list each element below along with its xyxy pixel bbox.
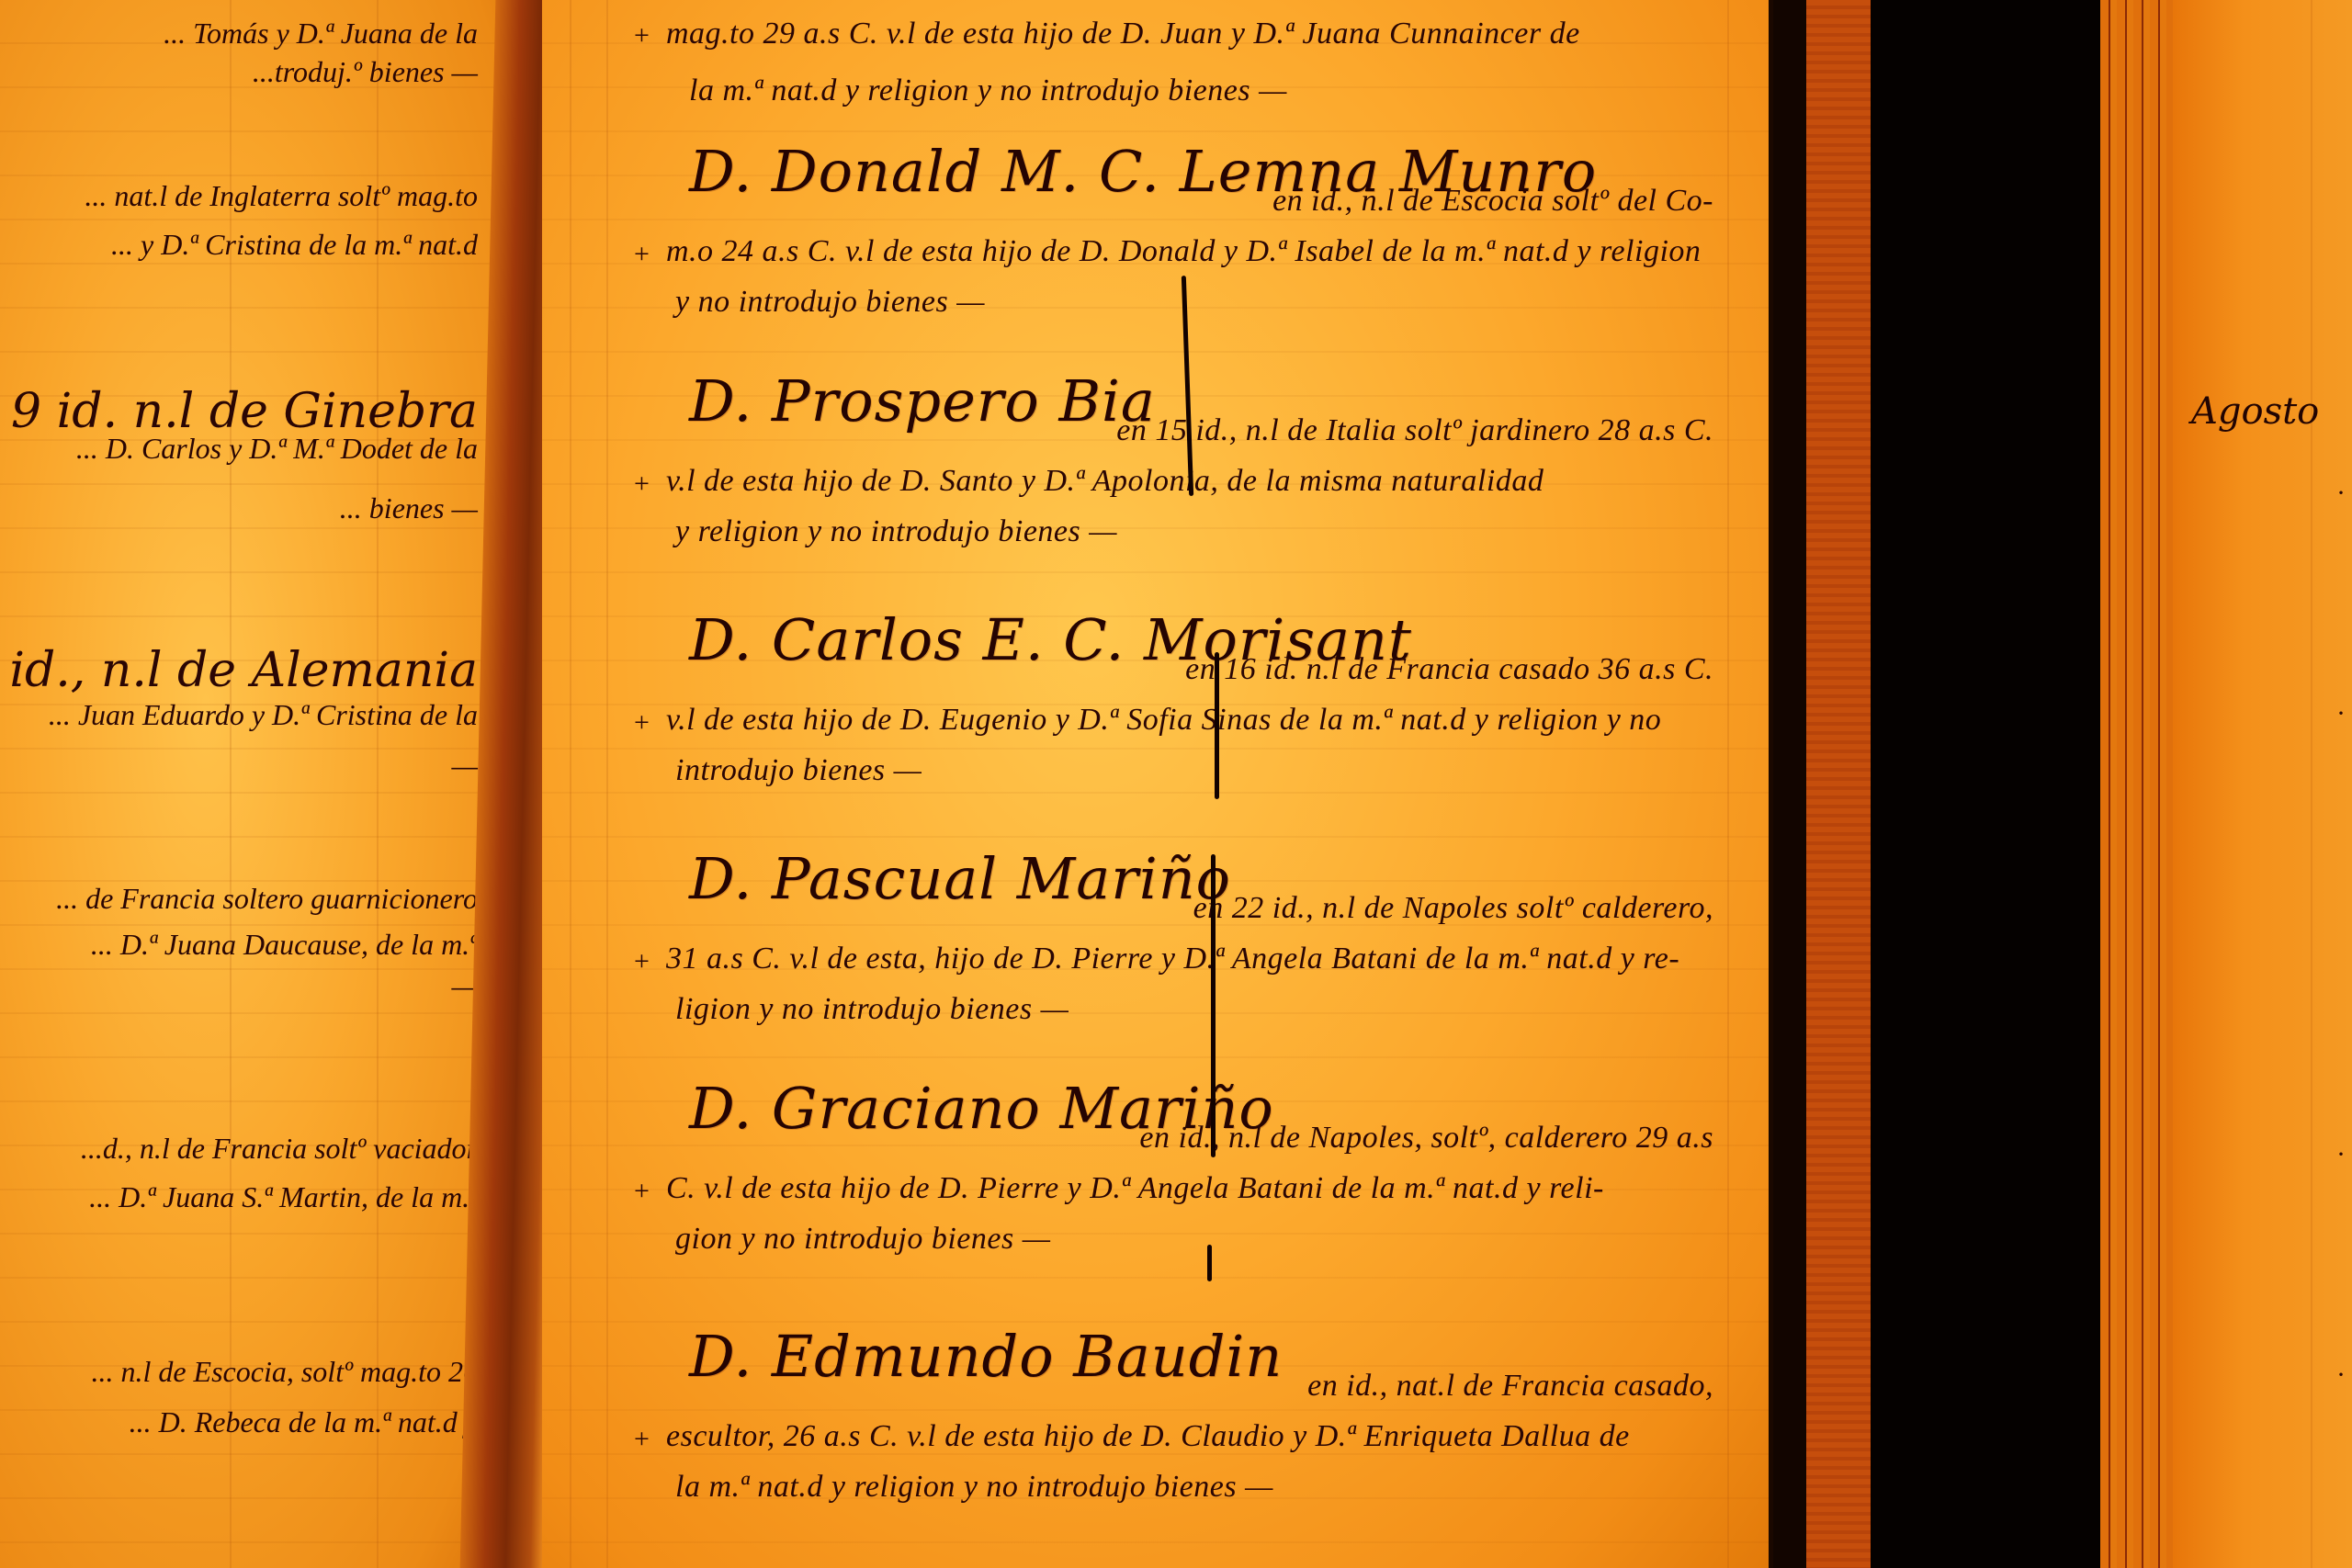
margin-cross-mark: + [634, 946, 650, 977]
left-entry-line: ... D. Rebeca de la m.ª nat.d y [130, 1405, 478, 1439]
left-entry-line: ... D. Carlos y D.ª M.ª Dodet de la [76, 432, 478, 466]
entry-continuation-line: la m.ª nat.d y religion y no introdujo b… [689, 73, 1287, 108]
left-entry-line: — [452, 749, 478, 783]
left-entry-line: ... y D.ª Cristina de la m.ª nat.d [111, 228, 478, 262]
center-page: +mag.to 29 a.s C. v.l de esta hijo de D.… [542, 0, 1769, 1568]
vertical-ink-mark [1211, 854, 1216, 1157]
stacked-page-edges [2100, 0, 2174, 1568]
margin-cross-mark: + [634, 468, 650, 500]
margin-cross-mark: + [634, 20, 650, 51]
left-entry-line: ... Juan Eduardo y D.ª Cristina de la [49, 698, 478, 732]
entry-detail-line: v.l de esta hijo de D. Eugenio y D.ª Sof… [666, 703, 1661, 738]
entry-detail-line: en 22 id., n.l de Napoles soltº calderer… [1193, 891, 1713, 926]
margin-mark: · [2336, 1359, 2346, 1391]
book-board-edge [1806, 0, 1871, 1568]
entry-detail-line: en 15 id., n.l de Italia soltº jardinero… [1116, 413, 1713, 448]
entry-detail-line: gion y no introdujo bienes — [675, 1222, 1050, 1257]
entry-detail-line: v.l de esta hijo de D. Santo y D.ª Apolo… [666, 464, 1543, 499]
left-entry-name: ... Dodet, en 9 id. n.l de Ginebra [0, 384, 478, 439]
entry-detail-line: m.o 24 a.s C. v.l de esta hijo de D. Don… [666, 234, 1701, 269]
entry-name: D. Prospero Bia [689, 367, 1156, 434]
dark-gap [1871, 0, 2100, 1568]
vertical-ink-mark [1207, 1245, 1212, 1281]
entry-detail-line: escultor, 26 a.s C. v.l de esta hijo de … [666, 1419, 1630, 1454]
entry-detail-line: introdujo bienes — [675, 753, 922, 788]
margin-cross-mark: + [634, 239, 650, 270]
left-entry-line: ... D.ª Juana S.ª Martin, de la m.ª [89, 1180, 478, 1214]
entry-detail-line: en id., nat.l de Francia casado, [1307, 1369, 1713, 1404]
entry-detail-line: en id., n.l de Escocia soltº del Co- [1272, 184, 1713, 219]
right-page: Agosto · · · · [2173, 0, 2352, 1568]
entry-name: D. Edmundo Baudin [689, 1323, 1283, 1390]
left-entry-line: ... D.ª Juana Daucause, de la m.ª [91, 928, 478, 962]
margin-mark: · [2336, 478, 2346, 509]
vertical-ink-mark [1215, 652, 1219, 799]
entry-detail-line: en id., n.l de Napoles, soltº, calderero… [1139, 1121, 1713, 1156]
entry-detail-line: ligion y no introdujo bienes — [675, 992, 1069, 1027]
register-photograph: ... Tomás y D.ª Juana de la...troduj.º b… [0, 0, 2352, 1568]
left-entry-line: ...troduj.º bienes — [253, 55, 478, 89]
left-page: ... Tomás y D.ª Juana de la...troduj.º b… [0, 0, 514, 1568]
entry-detail-line: C. v.l de esta hijo de D. Pierre y D.ª A… [666, 1171, 1604, 1206]
margin-cross-mark: + [634, 707, 650, 739]
left-entry-line: ...d., n.l de Francia soltº vaciador [81, 1132, 478, 1166]
margin-mark: · [2336, 1139, 2346, 1170]
margin-cross-mark: + [634, 1424, 650, 1455]
entry-detail-line: en 16 id. n.l de Francia casado 36 a.s C… [1185, 652, 1713, 687]
margin-mark: · [2336, 698, 2346, 729]
left-entry-line: ... nat.l de Inglaterra soltº mag.to [85, 179, 478, 213]
entry-detail-line: y religion y no introdujo bienes — [675, 514, 1117, 549]
entry-continuation-line: mag.to 29 a.s C. v.l de esta hijo de D. … [666, 17, 1580, 51]
month-label: Agosto [2191, 390, 2319, 433]
left-entry-line: ... n.l de Escocia, soltº mag.to 26 [91, 1355, 478, 1389]
left-entry-line: ... Tomás y D.ª Juana de la [164, 17, 478, 51]
entry-detail-line: 31 a.s C. v.l de esta, hijo de D. Pierre… [666, 942, 1679, 976]
margin-cross-mark: + [634, 1176, 650, 1207]
entry-detail-line: la m.ª nat.d y religion y no introdujo b… [675, 1470, 1273, 1505]
left-entry-line: ... de Francia soltero guarnicionero [56, 882, 478, 916]
vertical-ink-mark [1182, 276, 1193, 496]
page-edge-shadow [1773, 0, 1806, 1568]
entry-detail-line: y no introdujo bienes — [675, 285, 985, 320]
entry-name: D. Pascual Mariño [689, 845, 1231, 912]
left-entry-name: ...mans en 10 id., n.l de Alemania [0, 643, 478, 698]
left-entry-line: ... bienes — [340, 491, 478, 525]
